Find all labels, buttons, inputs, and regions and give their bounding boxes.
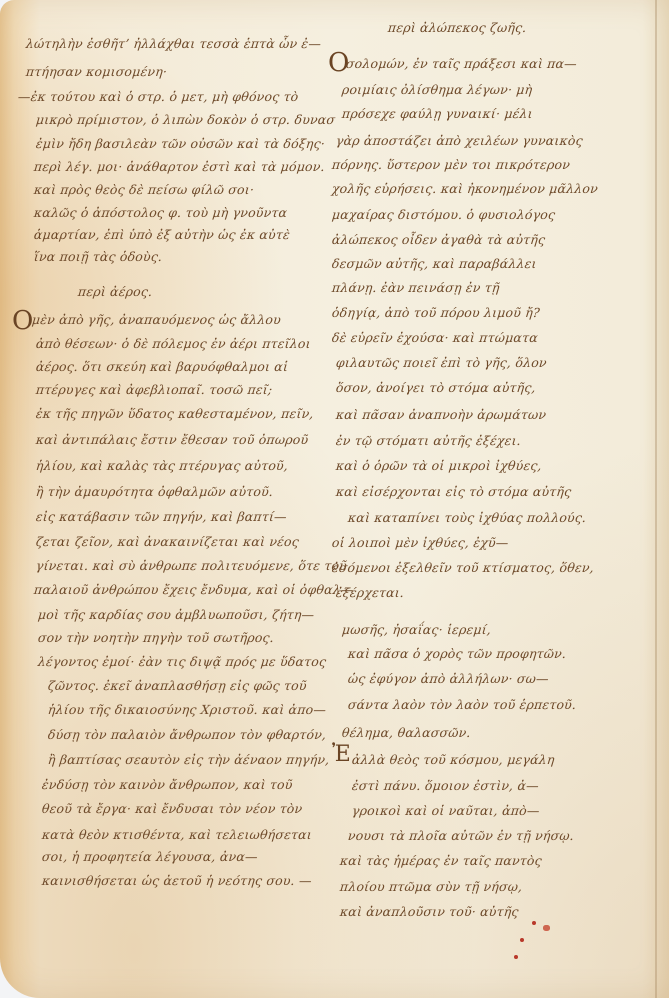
text-line: ἐμὶν ἤδη βασιλεὰν τῶν οὐσῶν καὶ τὰ δόξης… (35, 136, 326, 151)
rubric-dot (532, 921, 536, 925)
text-line: νουσι τὰ πλοῖα αὐτῶν ἐν τῇ νήσῳ. (347, 828, 575, 843)
text-line: ἡλίου τῆς δικαιοσύνης Χριστοῦ. καὶ ἀπο— (47, 702, 327, 717)
text-line: ζεται ζεῖον, καὶ ἀνακαινίζεται καὶ νέος (35, 534, 300, 549)
rubric-dot (520, 938, 524, 942)
text-line: καὶ πᾶσα ὁ χορὸς τῶν προφητῶν. (347, 646, 567, 661)
text-line: θεοῦ τὰ ἔργα· καὶ ἔνδυσαι τὸν νέον τὸν (41, 801, 303, 816)
section-heading: περὶ ἀέρος. (77, 284, 153, 299)
text-line: ἐκ τῆς πηγῶν ὕδατος καθεσταμένον, πεῖν, (35, 406, 314, 421)
text-line: οἱ λοιποὶ μὲν ἰχθύες, ἐχῦ— (331, 535, 509, 550)
text-line: ἢ τὴν ἀμαυρότητα ὀφθαλμῶν αὐτοῦ. (35, 484, 274, 499)
rubric-mark (543, 925, 550, 931)
text-line: ἐν τῷ στόματι αὐτῆς ἐξέχει. (335, 433, 522, 448)
text-line: —ἐκ τούτου καὶ ὁ στρ. ὁ μετ, μὴ φθόνος τ… (17, 89, 299, 104)
text-line: περὶ λέγ. μοι· ἀνάθαρτον ἐστὶ καὶ τὰ μόμ… (33, 159, 325, 174)
text-line: ὡς ἐφύγον ἀπὸ ἀλλήλων· σω— (347, 671, 549, 686)
text-line: καὶ ἀντιπάλαις ἔστιν ἔθεσαν τοῦ ὀπωροῦ (35, 432, 309, 447)
text-line: δεσμῶν αὐτῆς, καὶ παραβάλλει (331, 256, 537, 271)
text-line: δὲ εὑρεῖν ἐχούσα· καὶ πτώματα (331, 330, 539, 345)
text-line: ἀλώπεκος οἶδεν ἀγαθὰ τὰ αὐτῆς (331, 232, 546, 247)
text-line: καὶ ἀναπλοῦσιν τοῦ· αὐτῆς (339, 904, 519, 919)
text-line: λέγοντος ἐμοί· ἐὰν τις διψᾷ πρός με ὕδατ… (37, 654, 327, 669)
text-line: γίνεται. καὶ σὺ ἀνθρωπε πολιτευόμενε, ὅτ… (35, 558, 348, 573)
text-line: κατὰ θεὸν κτισθέντα, καὶ τελειωθήσεται (41, 827, 313, 842)
text-line: λώτηλὴν ἐσθῆτ’ ἠλλάχθαι τεσσὰ ἑπτὰ ὧν ἐ— (25, 36, 322, 51)
text-line: πρόσεχε φαύλῃ γυναικί· μέλι (341, 106, 533, 121)
text-line: σάντα λαὸν τὸν λαὸν τοῦ ἑρπετοῦ. (347, 697, 577, 712)
text-line: ἵνα ποιῇ τὰς ὁδοὺς. (33, 249, 163, 264)
text-line: ἢ βαπτίσας σεαυτὸν εἰς τὴν ἀέναον πηγήν, (47, 752, 330, 767)
text-line: εἰς κατάβασιν τῶν πηγήν, καὶ βαπτί— (35, 509, 287, 524)
text-line: καινισθήσεται ὡς ἀετοῦ ἡ νεότης σου. — (41, 873, 312, 888)
text-line: ἁμαρτίαν, ἐπὶ ὑπὸ ἐξ αὐτὴν ὡς ἐκ αὐτὲ (33, 227, 291, 242)
text-line: γὰρ ἀποστάζει ἀπὸ χειλέων γυναικὸς (335, 133, 584, 148)
text-line: ἐνδύσῃ τὸν καινὸν ἄνθρωπον, καὶ τοῦ (41, 777, 293, 792)
text-line: καὶ εἰσέρχονται εἰς τὸ στόμα αὐτῆς (335, 484, 572, 499)
gutter-fold (655, 0, 657, 998)
text-line: καλῶς ὁ ἀπόστολος φ. τοὺ μὴ γνοῦντα (33, 205, 288, 220)
text-line: θέλημα, θαλασσῶν. (341, 725, 471, 740)
text-line: μοὶ τῆς καρδίας σου ἀμβλυωποῦσι, ζήτη— (37, 607, 315, 622)
text-line: καὶ τὰς ἡμέρας ἐν ταῖς παντὸς (339, 853, 543, 868)
text-line: καὶ πρὸς θεὸς δὲ πείσω φίλῶ σοι· (33, 182, 255, 197)
text-line: ὁδηγίᾳ, ἀπὸ τοῦ πόρου λιμοῦ ἤ? (331, 305, 540, 320)
rubric-dot (514, 955, 518, 959)
text-line: δύσῃ τὸν παλαιὸν ἄνθρωπον τὸν φθαρτόν, (47, 727, 327, 742)
text-line: μὲν ἀπὸ γῆς, ἀναπαυόμενος ὡς ἄλλου (31, 312, 282, 327)
text-line: χολῆς εὑρήσεις. καὶ ἠκονημένον μᾶλλον (331, 181, 599, 196)
text-line: πτέρυγες καὶ ἀφεβλιοπαῖ. τοσῶ πεῖ; (35, 382, 273, 397)
text-line: σοι, ἡ προφητεία λέγουσα, ἀνα— (41, 849, 258, 864)
text-line: φιλαυτῶς ποιεῖ ἐπὶ τὸ γῆς, ὅλον (335, 355, 547, 370)
text-line: ἀπὸ θέσεων· ὁ δὲ πόλεμος ἐν ἀέρι πτεῖλοι (35, 336, 311, 351)
text-line: ζῶντος. ἐκεῖ ἀναπλασθήσῃ εἰς φῶς τοῦ (47, 678, 307, 693)
initial-letter: Ἐ (332, 742, 351, 767)
text-line: μωσῆς, ἠσαΐας· ἱερεμί, (341, 622, 492, 637)
text-line: ἐξέρχεται. (335, 585, 405, 600)
text-line: ἀέρος. ὅτι σκεύη καὶ βαρυόφθαλμοι αἱ (35, 359, 289, 374)
text-line: ἐστὶ πάνυ. ὅμοιον ἐστὶν, ἀ— (351, 778, 540, 793)
text-line: μικρὸ πρίμιστον, ὁ λιπὼν δοκὸν ὁ στρ. δυ… (35, 112, 336, 127)
text-line: ἡλίου, καὶ καλὰς τὰς πτέρυγας αὐτοῦ, (35, 458, 289, 473)
text-line: σολομών, ἐν ταῖς πράξεσι καὶ πα— (345, 56, 578, 71)
text-line: ἐσόμενοι ἐξελθεῖν τοῦ κτίσματος, ὅθεν, (331, 560, 595, 575)
text-line: πτήησαν κομισομένη· (25, 64, 168, 79)
text-line: ὅσον, ἀνοίγει τὸ στόμα αὐτῆς, (335, 380, 536, 395)
text-line: σον τὴν νοητὴν πηγὴν τοῦ σωτῆρος. (37, 630, 275, 645)
text-line: ἀλλὰ θεὸς τοῦ κόσμου, μεγάλη (351, 752, 555, 767)
text-line: πόρνης. ὕστερον μὲν τοι πικρότερον (331, 157, 571, 172)
initial-letter: Ο (12, 306, 33, 336)
section-heading: περὶ ἀλώπεκος ζωῆς. (387, 20, 527, 35)
text-line: γροικοὶ καὶ οἱ ναῦται, ἀπὸ— (351, 803, 540, 818)
text-line: μαχαίρας διστόμου. ὁ φυσιολόγος (331, 207, 556, 222)
manuscript-page: λώτηλὴν ἐσθῆτ’ ἠλλάχθαι τεσσὰ ἑπτὰ ὧν ἐ—… (0, 0, 669, 998)
text-line: πλοίου πτῶμα σὺν τῇ νήσῳ, (339, 879, 523, 894)
text-line: παλαιοῦ ἀνθρώπου ἔχεις ἔνδυμα, καὶ οἱ ὀφ… (33, 582, 354, 597)
text-line: ροιμίαις ὀλίσθημα λέγων· μὴ (341, 82, 533, 97)
text-line: καὶ ὁ ὁρῶν τὰ οἱ μικροὶ ἰχθύες, (335, 458, 542, 473)
text-line: καὶ πᾶσαν ἀναπνοὴν ἀρωμάτων (335, 407, 547, 422)
text-line: πλάνῃ. ἐὰν πεινάσῃ ἐν τῇ (331, 280, 500, 295)
text-line: καὶ καταπίνει τοὺς ἰχθύας πολλούς. (347, 510, 587, 525)
